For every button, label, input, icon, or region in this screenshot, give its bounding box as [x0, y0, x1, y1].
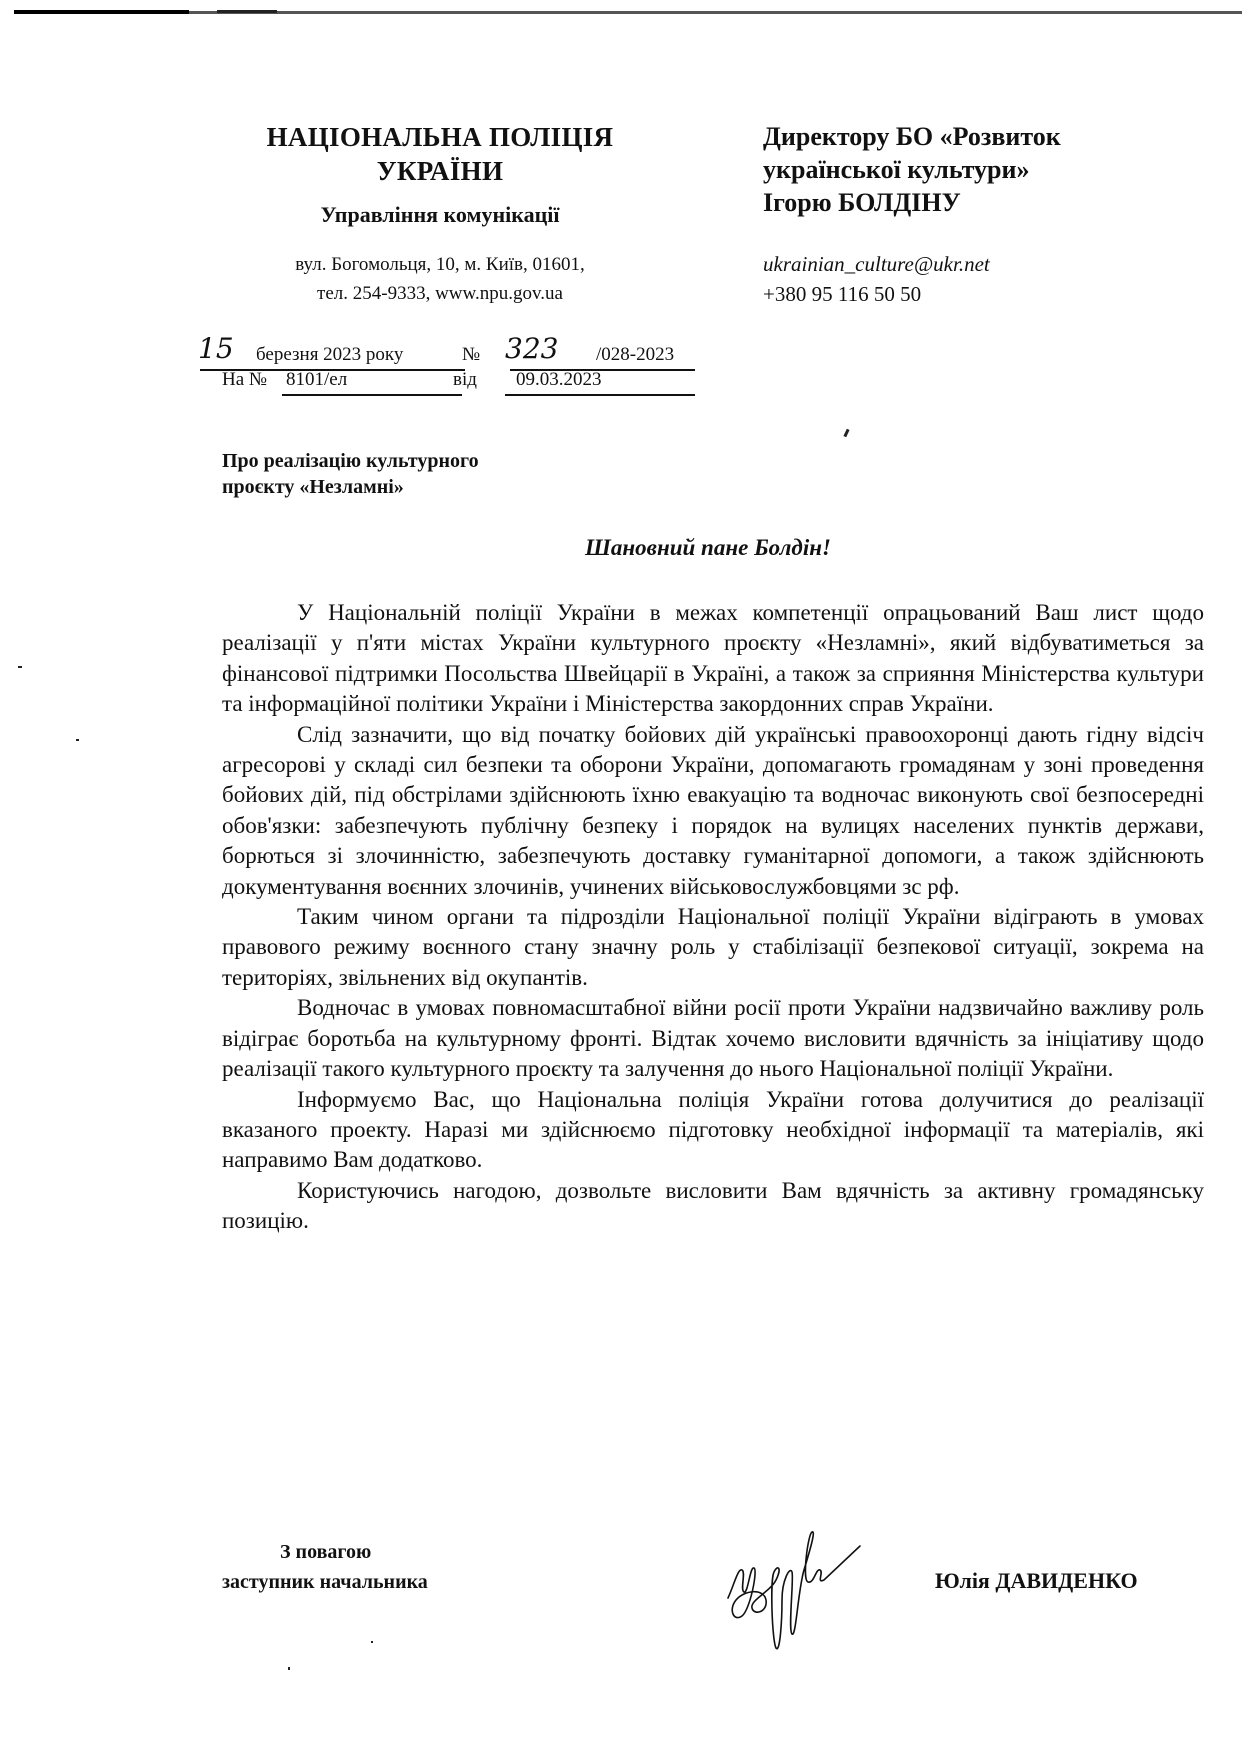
scan-artifact	[18, 666, 22, 668]
signature-icon	[720, 1520, 870, 1660]
recipient-line1: Директору БО «Розвиток	[763, 120, 1203, 153]
registration-block: 15 березня 2023 року № 323 /028-2023 На …	[200, 342, 695, 396]
sender-org-line1: НАЦІОНАЛЬНА ПОЛІЦІЯ	[220, 120, 660, 154]
closing-block: З повагою заступник начальника	[222, 1537, 428, 1597]
sender-address: вул. Богомольця, 10, м. Київ, 01601, тел…	[220, 250, 660, 308]
number-sign: №	[462, 344, 480, 366]
month-year: березня 2023 року	[256, 344, 403, 366]
paragraph: Водночас в умовах повномасштабної війни …	[222, 993, 1204, 1084]
reply-from-label: від	[453, 369, 477, 391]
signer-position: заступник начальника	[222, 1567, 428, 1597]
reply-row: На № 8101/ел від 09.03.2023	[200, 369, 695, 396]
closing-regards: З повагою	[222, 1537, 428, 1567]
handwritten-number: 323	[505, 332, 558, 365]
recipient-email: ukrainian_culture@ukr.net	[763, 249, 1203, 279]
letter-body: У Національній поліції України в межах к…	[222, 598, 1204, 1237]
sender-department: Управління комунікації	[220, 202, 660, 228]
signer-name: Юлія ДАВИДЕНКО	[935, 1568, 1138, 1594]
scan-artifact	[288, 1667, 290, 1670]
recipient-name: Ігорю БОЛДІНУ	[763, 186, 1203, 219]
number-suffix: /028-2023	[596, 344, 674, 366]
recipient-block: Директору БО «Розвиток української культ…	[763, 120, 1203, 309]
recipient-line2: української культури»	[763, 153, 1203, 186]
subject: Про реалізацію культурного проєкту «Незл…	[222, 448, 479, 500]
paragraph: Інформуємо Вас, що Національна поліція У…	[222, 1085, 1204, 1176]
paragraph: Таким чином органи та підрозділи Націона…	[222, 902, 1204, 993]
recipient-phone: +380 95 116 50 50	[763, 279, 1203, 309]
scan-top-border	[14, 11, 1242, 14]
scan-artifact	[843, 429, 849, 438]
reply-date: 09.03.2023	[516, 369, 602, 391]
paragraph: У Національній поліції України в межах к…	[222, 598, 1204, 720]
scan-artifact	[371, 1641, 373, 1643]
sender-block: НАЦІОНАЛЬНА ПОЛІЦІЯ УКРАЇНИ Управління к…	[220, 120, 660, 308]
salutation: Шановний пане Болдін!	[585, 535, 831, 561]
reply-prefix: На №	[222, 369, 267, 391]
handwritten-day: 15	[198, 332, 234, 365]
sender-org-line2: УКРАЇНИ	[220, 154, 660, 188]
paragraph: Слід зазначити, що від початку бойових д…	[222, 720, 1204, 902]
scan-artifact	[76, 739, 79, 741]
outgoing-number-row: 15 березня 2023 року № 323 /028-2023	[200, 342, 695, 369]
paragraph: Користуючись нагодою, дозвольте висловит…	[222, 1176, 1204, 1237]
reply-number: 8101/ел	[286, 369, 347, 391]
